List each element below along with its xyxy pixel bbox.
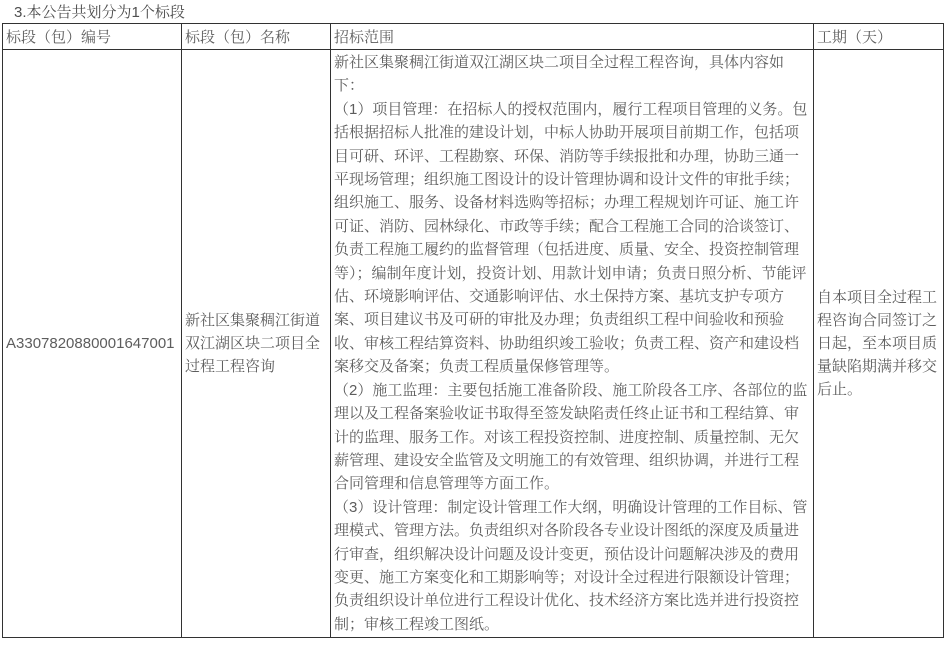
col-header-section-number: 标段（包）编号: [3, 24, 182, 50]
col-header-duration-days: 工期（天）: [814, 24, 944, 50]
section-name-cell: 新社区集聚稠江街道双江湖区块二项目全过程工程咨询: [182, 50, 331, 638]
table-header-row: 标段（包）编号 标段（包）名称 招标范围 工期（天）: [3, 24, 944, 50]
scope-intro: 新社区集聚稠江街道双江湖区块二项目全过程工程咨询，具体内容如下：: [334, 51, 810, 98]
col-header-bid-scope: 招标范围: [331, 24, 814, 50]
page-title: 3.本公告共划分为1个标段: [0, 0, 950, 23]
bid-sections-table: 标段（包）编号 标段（包）名称 招标范围 工期（天） A330782088000…: [2, 23, 944, 638]
scope-item-design-management: （3）设计管理：制定设计管理工作大纲，明确设计管理的工作目标、管理模式、管理方法…: [334, 496, 810, 636]
scope-item-project-management: （1）项目管理：在招标人的授权范围内，履行工程项目管理的义务。包括根据招标人批准…: [334, 98, 810, 379]
section-number-cell: A3307820880001647001: [3, 50, 182, 638]
col-header-section-name: 标段（包）名称: [182, 24, 331, 50]
bid-scope-cell: 新社区集聚稠江街道双江湖区块二项目全过程工程咨询，具体内容如下： （1）项目管理…: [331, 50, 814, 638]
scope-item-construction-supervision: （2）施工监理：主要包括施工准备阶段、施工阶段各工序、各部位的监理以及工程备案验…: [334, 379, 810, 496]
table-row: A3307820880001647001 新社区集聚稠江街道双江湖区块二项目全过…: [3, 50, 944, 638]
duration-cell: 自本项目全过程工程咨询合同签订之日起，至本项目质量缺陷期满并移交后止。: [814, 50, 944, 638]
